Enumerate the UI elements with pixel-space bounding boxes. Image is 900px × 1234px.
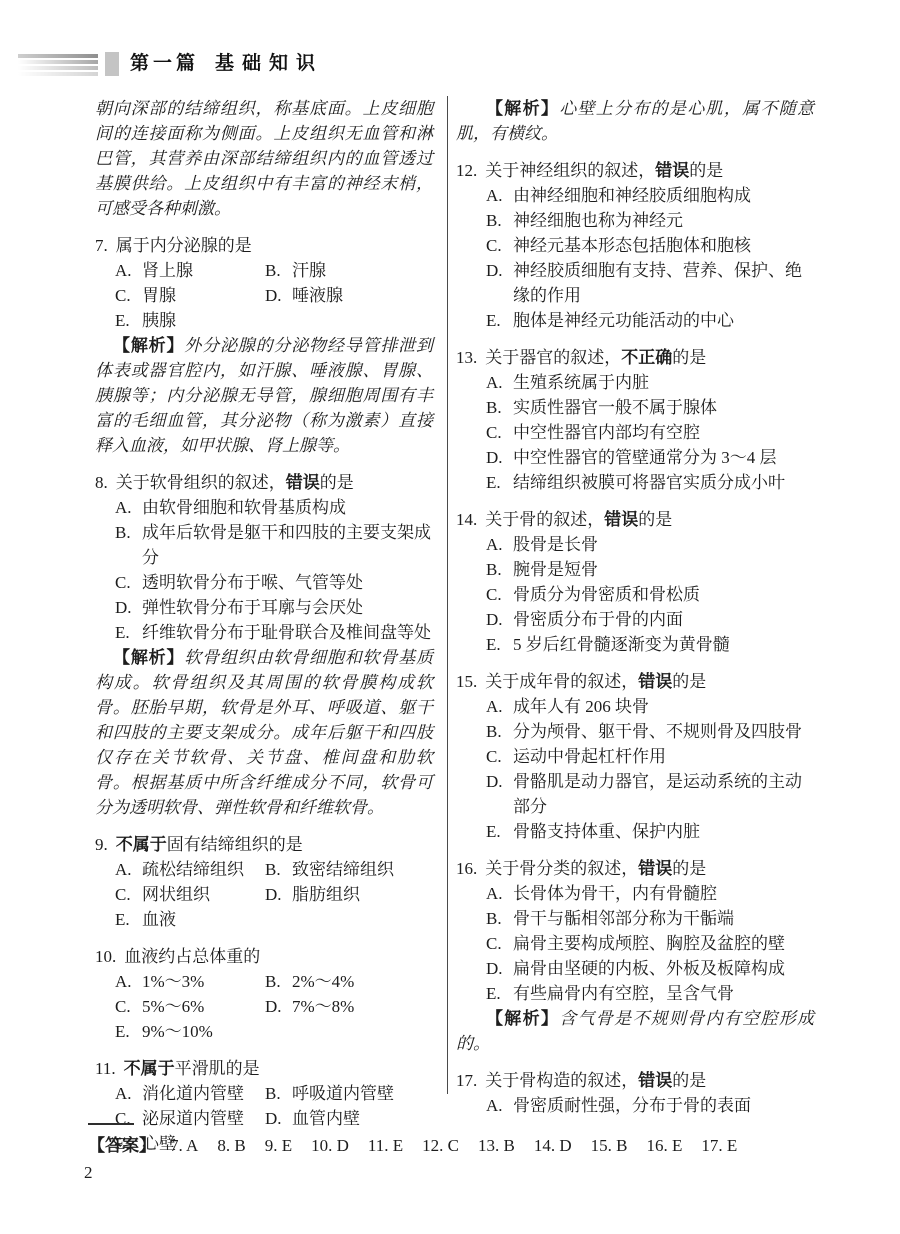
option-text: 5%～6% xyxy=(142,994,265,1019)
option-label: B. xyxy=(265,969,292,994)
stem-keyword: 错误 xyxy=(655,161,689,180)
option-label: D. xyxy=(486,258,513,308)
option-text: 神经细胞也称为神经元 xyxy=(513,208,814,233)
option-text: 泌尿道内管壁 xyxy=(142,1106,265,1131)
option-label: B. xyxy=(115,520,142,570)
option-text: 脂肪组织 xyxy=(292,882,433,907)
question-number: 15. xyxy=(456,669,477,694)
option-label: D. xyxy=(486,445,513,470)
option-text: 由神经细胞和神经胶质细胞构成 xyxy=(513,183,814,208)
question-number: 11. xyxy=(95,1056,116,1081)
analysis-label: 【解析】 xyxy=(486,99,559,118)
option-text: 骨密质分布于骨的内面 xyxy=(513,607,814,632)
option-A: A.生殖系统属于内脏 xyxy=(486,370,814,395)
analysis-label: 【解析】 xyxy=(113,336,184,355)
answer-item: 15. B xyxy=(591,1133,628,1158)
option-D: D.神经胶质细胞有支持、营养、保护、绝缘的作用 xyxy=(486,258,814,308)
question-stem-text: 血液约占总体重的 xyxy=(124,944,260,969)
option-E: E.5 岁后红骨髓逐渐变为黄骨髓 xyxy=(486,632,814,657)
question-stem: 12.关于神经组织的叙述，错误的是 xyxy=(456,158,814,183)
right-column: 【解析】心壁上分布的是心肌，属不随意肌，有横纹。12.关于神经组织的叙述，错误的… xyxy=(456,96,814,1118)
option-label: B. xyxy=(265,1081,292,1106)
option-C: C.运动中骨起杠杆作用 xyxy=(486,744,814,769)
option-text: 成年人有 206 块骨 xyxy=(513,694,814,719)
answer-item: 7. A xyxy=(170,1133,198,1158)
option-text: 扁骨由坚硬的内板、外板及板障构成 xyxy=(513,956,814,981)
option-text: 透明软骨分布于喉、气管等处 xyxy=(142,570,433,595)
question-stem-text: 关于成年骨的叙述，错误的是 xyxy=(485,669,706,694)
option-label: A. xyxy=(486,370,513,395)
option-D: D.弹性软骨分布于耳廓与会厌处 xyxy=(115,595,433,620)
question-13: 13.关于器官的叙述，不正确的是A.生殖系统属于内脏B.实质性器官一般不属于腺体… xyxy=(456,345,814,495)
option-B: B.汗腺 xyxy=(265,258,433,283)
option-E: E.9%～10% xyxy=(115,1019,265,1044)
stem-segment: 的是 xyxy=(672,1071,706,1090)
option-text: 股骨是长骨 xyxy=(513,532,814,557)
option-text: 运动中骨起杠杆作用 xyxy=(513,744,814,769)
option-label: C. xyxy=(486,744,513,769)
question-number: 12. xyxy=(456,158,477,183)
option-text: 胰腺 xyxy=(142,308,265,333)
option-text: 胃腺 xyxy=(142,283,265,308)
stem-segment: 平滑肌的是 xyxy=(175,1059,260,1078)
stem-segment: 的是 xyxy=(638,510,672,529)
analysis-paragraph: 【解析】外分泌腺的分泌物经导管排泄到体表或器官腔内，如汗腺、唾液腺、胃腺、胰腺等… xyxy=(95,333,433,458)
option-C: C.骨质分为骨密质和骨松质 xyxy=(486,582,814,607)
option-E: E.有些扁骨内有空腔，呈含气骨 xyxy=(486,981,814,1006)
option-label: E. xyxy=(486,981,513,1006)
option-D: D.中空性器官的管壁通常分为 3～4 层 xyxy=(486,445,814,470)
question-stem: 17.关于骨构造的叙述，错误的是 xyxy=(456,1068,814,1093)
option-A: A.由软骨细胞和软骨基质构成 xyxy=(115,495,433,520)
option-A: A.1%～3% xyxy=(115,969,265,994)
options-group: A.1%～3%B.2%～4%C.5%～6%D.7%～8%E.9%～10% xyxy=(95,969,433,1044)
option-label: A. xyxy=(486,183,513,208)
option-label: E. xyxy=(115,620,142,645)
option-D: D.扁骨由坚硬的内板、外板及板障构成 xyxy=(486,956,814,981)
stem-segment: 固有结缔组织的是 xyxy=(167,835,303,854)
stem-keyword: 错误 xyxy=(638,1071,672,1090)
page-title: 第一篇基础知识 xyxy=(130,52,323,76)
option-D: D.7%～8% xyxy=(265,994,433,1019)
option-A: A.由神经细胞和神经胶质细胞构成 xyxy=(486,183,814,208)
option-label: A. xyxy=(486,532,513,557)
answer-item: 10. D xyxy=(311,1133,349,1158)
option-A: A.消化道内管壁 xyxy=(115,1081,265,1106)
question-stem: 8.关于软骨组织的叙述，错误的是 xyxy=(95,470,433,495)
stem-segment: 的是 xyxy=(320,473,354,492)
question-7: 7.属于内分泌腺的是A.肾上腺B.汗腺C.胃腺D.唾液腺E.胰腺【解析】外分泌腺… xyxy=(95,233,433,458)
option-E: E.纤维软骨分布于耻骨联合及椎间盘等处 xyxy=(115,620,433,645)
option-B: B.实质性器官一般不属于腺体 xyxy=(486,395,814,420)
option-text: 纤维软骨分布于耻骨联合及椎间盘等处 xyxy=(142,620,433,645)
options-group: A.肾上腺B.汗腺C.胃腺D.唾液腺E.胰腺 xyxy=(95,258,433,333)
option-E: E.骨骼支持体重、保护内脏 xyxy=(486,819,814,844)
option-A: A.疏松结缔组织 xyxy=(115,857,265,882)
book-page: 第一篇基础知识 朝向深部的结缔组织，称基底面。上皮细胞间的连接面称为侧面。上皮组… xyxy=(0,0,900,1234)
option-label: B. xyxy=(486,208,513,233)
option-label: A. xyxy=(115,1081,142,1106)
option-text: 疏松结缔组织 xyxy=(142,857,265,882)
page-number: 2 xyxy=(84,1160,93,1185)
option-text: 1%～3% xyxy=(142,969,265,994)
question-15: 15.关于成年骨的叙述，错误的是A.成年人有 206 块骨B.分为颅骨、躯干骨、… xyxy=(456,669,814,844)
stem-segment: 的是 xyxy=(672,672,706,691)
analysis-paragraph: 【解析】软骨组织由软骨细胞和软骨基质构成。软骨组织及其周围的软骨膜构成软骨。胚胎… xyxy=(95,645,433,820)
question-stem: 10.血液约占总体重的 xyxy=(95,944,433,969)
question-number: 13. xyxy=(456,345,477,370)
option-label: C. xyxy=(486,582,513,607)
option-label: B. xyxy=(486,557,513,582)
question-number: 8. xyxy=(95,470,108,495)
option-label: D. xyxy=(486,607,513,632)
stem-segment: 关于骨构造的叙述， xyxy=(485,1071,638,1090)
stem-keyword: 不正确 xyxy=(621,348,672,367)
option-B: B.致密结缔组织 xyxy=(265,857,433,882)
option-text: 致密结缔组织 xyxy=(292,857,433,882)
option-text: 神经元基本形态包括胞体和胞核 xyxy=(513,233,814,258)
stem-keyword: 错误 xyxy=(604,510,638,529)
option-label: D. xyxy=(265,882,292,907)
answer-item: 9. E xyxy=(265,1133,292,1158)
question-12: 12.关于神经组织的叙述，错误的是A.由神经细胞和神经胶质细胞构成B.神经细胞也… xyxy=(456,158,814,333)
options-group: A.成年人有 206 块骨B.分为颅骨、躯干骨、不规则骨及四肢骨C.运动中骨起杠… xyxy=(456,694,814,844)
stem-segment: 关于器官的叙述， xyxy=(485,348,621,367)
option-C: C.胃腺 xyxy=(115,283,265,308)
stem-segment: 的是 xyxy=(689,161,723,180)
option-D: D.血管内壁 xyxy=(265,1106,433,1131)
question-10: 10.血液约占总体重的A.1%～3%B.2%～4%C.5%～6%D.7%～8%E… xyxy=(95,944,433,1044)
option-text: 呼吸道内管壁 xyxy=(292,1081,433,1106)
option-label: C. xyxy=(486,420,513,445)
option-label: B. xyxy=(486,906,513,931)
option-text: 扁骨主要构成颅腔、胸腔及盆腔的壁 xyxy=(513,931,814,956)
answer-item: 8. B xyxy=(217,1133,245,1158)
options-group: A.生殖系统属于内脏B.实质性器官一般不属于腺体C.中空性器官内部均有空腔D.中… xyxy=(456,370,814,495)
stem-keyword: 不属于 xyxy=(116,835,167,854)
option-E: E.胞体是神经元功能活动的中心 xyxy=(486,308,814,333)
stem-segment: 关于软骨组织的叙述， xyxy=(116,473,286,492)
answer-item: 11. E xyxy=(368,1133,403,1158)
column-divider xyxy=(447,96,448,1094)
option-label: C. xyxy=(115,994,142,1019)
question-stem: 14.关于骨的叙述，错误的是 xyxy=(456,507,814,532)
option-label: D. xyxy=(486,769,513,819)
analysis-paragraph: 【解析】含气骨是不规则骨内有空腔形成的。 xyxy=(456,1006,814,1056)
stem-keyword: 错误 xyxy=(638,859,672,878)
option-text: 生殖系统属于内脏 xyxy=(513,370,814,395)
continuation-paragraph: 朝向深部的结缔组织，称基底面。上皮细胞间的连接面称为侧面。上皮组织无血管和淋巴管… xyxy=(95,96,433,221)
option-label: B. xyxy=(265,258,292,283)
analysis-label: 【解析】 xyxy=(113,648,184,667)
option-label: C. xyxy=(115,283,142,308)
option-label: E. xyxy=(115,1019,142,1044)
option-text: 中空性器官内部均有空腔 xyxy=(513,420,814,445)
question-stem: 11.不属于平滑肌的是 xyxy=(95,1056,433,1081)
option-text: 5 岁后红骨髓逐渐变为黄骨髓 xyxy=(513,632,814,657)
question-8: 8.关于软骨组织的叙述，错误的是A.由软骨细胞和软骨基质构成B.成年后软骨是躯干… xyxy=(95,470,433,820)
option-A: A.肾上腺 xyxy=(115,258,265,283)
analysis-label: 【解析】 xyxy=(486,1009,559,1028)
option-text: 消化道内管壁 xyxy=(142,1081,265,1106)
answer-item: 14. D xyxy=(534,1133,572,1158)
stem-segment: 的是 xyxy=(672,859,706,878)
stem-segment: 关于成年骨的叙述， xyxy=(485,672,638,691)
question-14: 14.关于骨的叙述，错误的是A.股骨是长骨B.腕骨是短骨C.骨质分为骨密质和骨松… xyxy=(456,507,814,657)
options-group: A.由神经细胞和神经胶质细胞构成B.神经细胞也称为神经元C.神经元基本形态包括胞… xyxy=(456,183,814,333)
option-text: 结缔组织被膜可将器官实质分成小叶 xyxy=(513,470,814,495)
option-A: A.长骨体为骨干，内有骨髓腔 xyxy=(486,881,814,906)
option-B: B.成年后软骨是躯干和四肢的主要支架成分 xyxy=(115,520,433,570)
option-text: 胞体是神经元功能活动的中心 xyxy=(513,308,814,333)
answers-label: 【答案】 xyxy=(88,1133,156,1158)
option-text: 分为颅骨、躯干骨、不规则骨及四肢骨 xyxy=(513,719,814,744)
option-label: A. xyxy=(486,881,513,906)
question-stem-text: 关于骨构造的叙述，错误的是 xyxy=(485,1068,706,1093)
option-text: 长骨体为骨干，内有骨髓腔 xyxy=(513,881,814,906)
option-label: B. xyxy=(486,719,513,744)
question-stem: 13.关于器官的叙述，不正确的是 xyxy=(456,345,814,370)
option-label: E. xyxy=(486,819,513,844)
option-text: 9%～10% xyxy=(142,1019,265,1044)
answers-line: 【答案】 7. A8. B9. E10. D11. E12. C13. B14.… xyxy=(88,1133,848,1158)
option-label: D. xyxy=(486,956,513,981)
question-stem: 16.关于骨分类的叙述，错误的是 xyxy=(456,856,814,881)
option-B: B.骨干与骺相邻部分称为干骺端 xyxy=(486,906,814,931)
option-E: E.结缔组织被膜可将器官实质分成小叶 xyxy=(486,470,814,495)
option-A: A.股骨是长骨 xyxy=(486,532,814,557)
option-label: C. xyxy=(115,1106,142,1131)
options-group: A.疏松结缔组织B.致密结缔组织C.网状组织D.脂肪组织E.血液 xyxy=(95,857,433,932)
question-16: 16.关于骨分类的叙述，错误的是A.长骨体为骨干，内有骨髓腔B.骨干与骺相邻部分… xyxy=(456,856,814,1056)
option-B: B.分为颅骨、躯干骨、不规则骨及四肢骨 xyxy=(486,719,814,744)
option-text: 神经胶质细胞有支持、营养、保护、绝缘的作用 xyxy=(513,258,814,308)
option-label: A. xyxy=(115,857,142,882)
option-label: B. xyxy=(486,395,513,420)
question-number: 7. xyxy=(95,233,108,258)
option-label: D. xyxy=(265,1106,292,1131)
option-label: E. xyxy=(115,308,142,333)
question-number: 10. xyxy=(95,944,116,969)
option-D: D.脂肪组织 xyxy=(265,882,433,907)
question-stem-text: 关于神经组织的叙述，错误的是 xyxy=(485,158,723,183)
option-label: A. xyxy=(486,694,513,719)
option-text: 弹性软骨分布于耳廓与会厌处 xyxy=(142,595,433,620)
page-title-part: 第一篇 xyxy=(130,53,199,74)
option-B: B.2%～4% xyxy=(265,969,433,994)
question-number: 16. xyxy=(456,856,477,881)
option-label: D. xyxy=(115,595,142,620)
stem-segment: 关于骨分类的叙述， xyxy=(485,859,638,878)
option-C: C.泌尿道内管壁 xyxy=(115,1106,265,1131)
option-A: A.骨密质耐性强，分布于骨的表面 xyxy=(486,1093,814,1118)
answer-item: 16. E xyxy=(646,1133,682,1158)
option-label: E. xyxy=(486,470,513,495)
question-stem: 7.属于内分泌腺的是 xyxy=(95,233,433,258)
option-A: A.成年人有 206 块骨 xyxy=(486,694,814,719)
question-number: 9. xyxy=(95,832,108,857)
option-label: E. xyxy=(486,632,513,657)
option-text: 骨骼支持体重、保护内脏 xyxy=(513,819,814,844)
option-label: A. xyxy=(115,258,142,283)
option-label: E. xyxy=(115,907,142,932)
option-text: 腕骨是短骨 xyxy=(513,557,814,582)
option-D: D.骨密质分布于骨的内面 xyxy=(486,607,814,632)
answer-item: 13. B xyxy=(478,1133,515,1158)
option-text: 汗腺 xyxy=(292,258,433,283)
option-text: 血液 xyxy=(142,907,265,932)
option-text: 由软骨细胞和软骨基质构成 xyxy=(142,495,433,520)
question-number: 17. xyxy=(456,1068,477,1093)
option-text: 有些扁骨内有空腔，呈含气骨 xyxy=(513,981,814,1006)
question-stem-text: 关于软骨组织的叙述，错误的是 xyxy=(116,470,354,495)
option-label: C. xyxy=(115,882,142,907)
option-label: D. xyxy=(265,994,292,1019)
option-C: C.神经元基本形态包括胞体和胞核 xyxy=(486,233,814,258)
question-stem: 9.不属于固有结缔组织的是 xyxy=(95,832,433,857)
option-B: B.呼吸道内管壁 xyxy=(265,1081,433,1106)
option-text: 肾上腺 xyxy=(142,258,265,283)
question-stem-text: 关于骨的叙述，错误的是 xyxy=(485,507,672,532)
option-C: C.扁骨主要构成颅腔、胸腔及盆腔的壁 xyxy=(486,931,814,956)
option-text: 实质性器官一般不属于腺体 xyxy=(513,395,814,420)
option-text: 骨密质耐性强，分布于骨的表面 xyxy=(513,1093,814,1118)
option-B: B.腕骨是短骨 xyxy=(486,557,814,582)
page-title-name: 基础知识 xyxy=(215,53,323,74)
stem-keyword: 错误 xyxy=(286,473,320,492)
header-stripes-decoration xyxy=(18,54,98,78)
left-column: 朝向深部的结缔组织，称基底面。上皮细胞间的连接面称为侧面。上皮组织无血管和淋巴管… xyxy=(95,96,433,1156)
question-stem-text: 不属于固有结缔组织的是 xyxy=(116,832,303,857)
question-stem-text: 关于器官的叙述，不正确的是 xyxy=(485,345,706,370)
option-text: 中空性器官的管壁通常分为 3～4 层 xyxy=(513,445,814,470)
option-E: E.胰腺 xyxy=(115,308,265,333)
option-C: C.5%～6% xyxy=(115,994,265,1019)
option-text: 骨干与骺相邻部分称为干骺端 xyxy=(513,906,814,931)
answers-separator-rule xyxy=(88,1123,134,1125)
analysis-text: 软骨组织由软骨细胞和软骨基质构成。软骨组织及其周围的软骨膜构成软骨。胚胎早期，软… xyxy=(95,648,433,817)
stem-segment: 血液约占总体重的 xyxy=(124,947,260,966)
stem-segment: 关于骨的叙述， xyxy=(485,510,604,529)
answer-item: 12. C xyxy=(422,1133,459,1158)
option-text: 骨质分为骨密质和骨松质 xyxy=(513,582,814,607)
question-stem-text: 不属于平滑肌的是 xyxy=(124,1056,260,1081)
option-label: A. xyxy=(115,495,142,520)
option-text: 血管内壁 xyxy=(292,1106,433,1131)
options-group: A.骨密质耐性强，分布于骨的表面 xyxy=(456,1093,814,1118)
question-stem-text: 属于内分泌腺的是 xyxy=(116,233,252,258)
question-17: 17.关于骨构造的叙述，错误的是A.骨密质耐性强，分布于骨的表面 xyxy=(456,1068,814,1118)
option-label: B. xyxy=(265,857,292,882)
options-group: A.长骨体为骨干，内有骨髓腔B.骨干与骺相邻部分称为干骺端C.扁骨主要构成颅腔、… xyxy=(456,881,814,1006)
stem-keyword: 错误 xyxy=(638,672,672,691)
question-stem: 15.关于成年骨的叙述，错误的是 xyxy=(456,669,814,694)
option-C: C.网状组织 xyxy=(115,882,265,907)
option-E: E.血液 xyxy=(115,907,265,932)
option-text: 2%～4% xyxy=(292,969,433,994)
option-C: C.中空性器官内部均有空腔 xyxy=(486,420,814,445)
answer-item: 17. E xyxy=(701,1133,737,1158)
question-stem-text: 关于骨分类的叙述，错误的是 xyxy=(485,856,706,881)
stem-segment: 关于神经组织的叙述， xyxy=(485,161,655,180)
option-C: C.透明软骨分布于喉、气管等处 xyxy=(115,570,433,595)
option-text: 网状组织 xyxy=(142,882,265,907)
option-text: 骨骼肌是动力器官，是运动系统的主动部分 xyxy=(513,769,814,819)
question-9: 9.不属于固有结缔组织的是A.疏松结缔组织B.致密结缔组织C.网状组织D.脂肪组… xyxy=(95,832,433,932)
question-number: 14. xyxy=(456,507,477,532)
stem-segment: 属于内分泌腺的是 xyxy=(116,236,252,255)
option-label: C. xyxy=(115,570,142,595)
options-group: A.股骨是长骨B.腕骨是短骨C.骨质分为骨密质和骨松质D.骨密质分布于骨的内面E… xyxy=(456,532,814,657)
option-label: C. xyxy=(486,233,513,258)
analysis-paragraph: 【解析】心壁上分布的是心肌，属不随意肌，有横纹。 xyxy=(456,96,814,146)
header-square-decoration xyxy=(105,52,119,76)
options-group: A.由软骨细胞和软骨基质构成B.成年后软骨是躯干和四肢的主要支架成分C.透明软骨… xyxy=(95,495,433,645)
option-text: 唾液腺 xyxy=(292,283,433,308)
stem-segment: 的是 xyxy=(672,348,706,367)
stem-keyword: 不属于 xyxy=(124,1059,175,1078)
option-D: D.骨骼肌是动力器官，是运动系统的主动部分 xyxy=(486,769,814,819)
option-D: D.唾液腺 xyxy=(265,283,433,308)
option-text: 7%～8% xyxy=(292,994,433,1019)
option-B: B.神经细胞也称为神经元 xyxy=(486,208,814,233)
option-text: 成年后软骨是躯干和四肢的主要支架成分 xyxy=(142,520,433,570)
option-label: D. xyxy=(265,283,292,308)
option-label: E. xyxy=(486,308,513,333)
option-label: A. xyxy=(486,1093,513,1118)
option-label: A. xyxy=(115,969,142,994)
option-label: C. xyxy=(486,931,513,956)
